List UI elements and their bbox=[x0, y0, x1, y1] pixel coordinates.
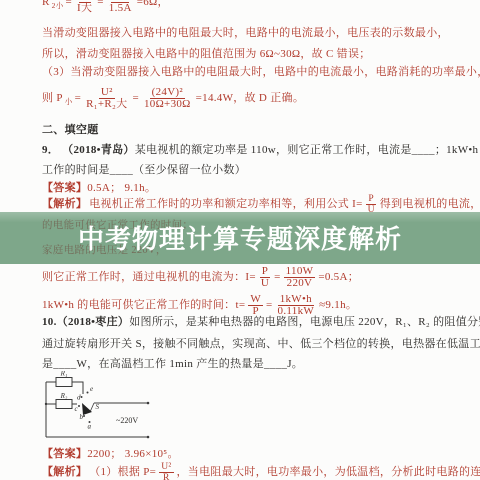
question-number: 10. bbox=[42, 316, 57, 328]
fraction-u-imax: UI大 bbox=[75, 0, 94, 14]
formula-r2-min: R2小 = UI大 = 9V1.5A =6Ω， bbox=[42, 0, 169, 15]
solution-label: 【解析】 bbox=[42, 466, 87, 479]
contact-d-dot bbox=[81, 396, 83, 398]
formula-result: ≈9.1h。 bbox=[319, 299, 357, 312]
subscript: 2小 bbox=[52, 0, 64, 12]
terminal-bottom-dot bbox=[147, 436, 150, 439]
answer-9: 【答案】0.5A； 9.1h。 bbox=[42, 182, 156, 195]
solution-line-current-min: 当滑动变阻器接入电路中的电阻最大时，电路中的电流最小，电压表的示数最小， bbox=[42, 27, 449, 40]
formula-text: 则 P bbox=[42, 92, 63, 105]
formula-p-min: 则 P小 = U²R₁+R₂大 = (24V)²10Ω+30Ω =14.4W，故… bbox=[42, 84, 304, 112]
question-10-line-3: 是____W，在高温档工作 1min 产生的热量是____J。 bbox=[42, 358, 303, 371]
fraction-p-u: PU bbox=[259, 266, 271, 289]
fraction-1kwh-011kw: 1kW•h0.11kW bbox=[276, 294, 317, 317]
solution-text: 则它正常工作时，通过电视机的电流为：I= bbox=[42, 271, 256, 284]
terminal-top-dot bbox=[147, 402, 150, 405]
question-9-line-2: 工作的时间是____（至少保留一位小数） bbox=[42, 164, 246, 177]
voltage-source-label: ~220V bbox=[116, 416, 138, 425]
equals: = bbox=[132, 92, 139, 105]
subscript: 小 bbox=[65, 95, 73, 108]
formula-text: R bbox=[42, 0, 50, 9]
resistor-r1-label: R₁ bbox=[60, 371, 68, 378]
question-text: 某电视机的额定功率是 110w，则它正常工作时，电流是____；1kW•h 的电… bbox=[135, 144, 480, 156]
equals: = bbox=[97, 0, 104, 9]
question-text: 如图所示，是某种电热器的电路图，电源电压 220V，R₁、R₂ 的阻值分别为 1… bbox=[129, 316, 480, 328]
promo-banner: 的电能可供它正常工作的时间； 家庭电路的电压是 220V， 中考物理计算专题深度… bbox=[0, 212, 480, 264]
contact-d-label: d bbox=[77, 394, 81, 402]
solution-10: 【解析】 （1）根据 P= U²R ，当电阻最大时，电功率最小，为低温档，分析此… bbox=[42, 459, 480, 480]
solution-time-line: 1kW•h 的电能可供它正常工作的时间：t= WP = 1kW•h0.11kW … bbox=[42, 293, 357, 317]
answer-label: 【答案】 bbox=[42, 182, 87, 194]
fraction-u2-r: U²R₁+R₂大 bbox=[84, 87, 129, 110]
contact-b-dot bbox=[83, 415, 85, 417]
contact-b-label: b bbox=[80, 413, 84, 421]
question-10-line-1: 10.（2018•枣庄）如图所示，是某种电热器的电路图，电源电压 220V，R₁… bbox=[42, 316, 480, 329]
contact-e-dot bbox=[87, 392, 89, 394]
formula-result: =6Ω， bbox=[137, 0, 169, 9]
solution-label: 【解析】 bbox=[42, 198, 87, 211]
junction-dot bbox=[45, 403, 47, 405]
solution-line-range: 所以，滑动变阻器接入电路中的阻值范围为 6Ω~30Ω，故 C 错误； bbox=[42, 48, 371, 61]
question-10-line-2: 通过旋转扇形开关 S，接触不同触点，实现高、中、低三个档位的转换，电热器在低温工… bbox=[42, 338, 480, 351]
solution-text: 1kW•h 的电能可供它正常工作的时间：t= bbox=[42, 299, 245, 312]
formula-result: =14.4W，故 D 正确。 bbox=[196, 92, 304, 105]
circuit-diagram: R₁ R₂ d e c b a S ~220V bbox=[36, 371, 176, 447]
equals: = bbox=[75, 92, 82, 105]
document-page: R2小 = UI大 = 9V1.5A =6Ω， 当滑动变阻器接入电路中的电阻最大… bbox=[0, 0, 480, 480]
question-source-tag: （2018•枣庄） bbox=[57, 316, 130, 328]
fraction-u2-r: U²R bbox=[159, 462, 173, 480]
question-source-tag: （2018•青岛） bbox=[62, 144, 135, 156]
circuit-svg: R₁ R₂ d e c b a S ~220V bbox=[36, 371, 176, 447]
solution-text: （1）根据 P= bbox=[89, 466, 156, 479]
contact-c-label: c bbox=[75, 405, 79, 413]
fraction-110w-220v: 110W220V bbox=[284, 266, 316, 289]
switch-sector bbox=[82, 403, 92, 415]
fraction-9v-15a: 9V1.5A bbox=[107, 0, 134, 14]
solution-9: 【解析】电视机正常工作时的功率和额定功率相等，利用公式 I= PU 得到电视机的… bbox=[42, 195, 480, 213]
fraction-24v-40ohm: (24V)²10Ω+30Ω bbox=[142, 87, 193, 110]
banner-title: 中考物理计算专题深度解析 bbox=[0, 219, 480, 256]
contact-c-dot bbox=[78, 405, 80, 407]
solution-text: 得到电视机的电流，再根据 t= bbox=[380, 198, 480, 211]
solution-text: ，当电阻最大时，电功率最小，为低温档，分析此时电路的连接，根据 P= bbox=[177, 466, 480, 479]
wire-r1-right bbox=[72, 382, 83, 394]
contact-e-label: e bbox=[90, 385, 93, 393]
fraction-w-p: WP bbox=[248, 294, 263, 317]
equals: = bbox=[66, 0, 73, 9]
switch-arm bbox=[90, 403, 94, 412]
equals: = bbox=[274, 271, 281, 284]
answer-text: 0.5A； 9.1h。 bbox=[87, 182, 156, 194]
switch-label: S bbox=[96, 403, 100, 411]
solution-current-line: 则它正常工作时，通过电视机的电流为：I= PU = 110W220V =0.5A… bbox=[42, 265, 359, 289]
resistor-r2-label: R₂ bbox=[60, 392, 68, 400]
resistor-r1 bbox=[56, 378, 72, 387]
equals: = bbox=[266, 299, 273, 312]
contact-a-label: a bbox=[88, 423, 92, 431]
resistor-r2 bbox=[56, 400, 72, 409]
formula-result: =0.5A； bbox=[318, 271, 359, 284]
section-heading: 二、填空题 bbox=[42, 124, 99, 137]
question-number: 9． bbox=[42, 144, 59, 156]
solution-line-step3: （3）当滑动变阻器接入电路中的电阻最大时，电路中的电流最小，电路消耗的功率最小， bbox=[42, 66, 480, 79]
question-9-line-1: 9． （2018•青岛）某电视机的额定功率是 110w，则它正常工作时，电流是_… bbox=[42, 144, 480, 157]
solution-text: 电视机正常工作时的功率和额定功率相等，利用公式 I= bbox=[89, 198, 362, 211]
